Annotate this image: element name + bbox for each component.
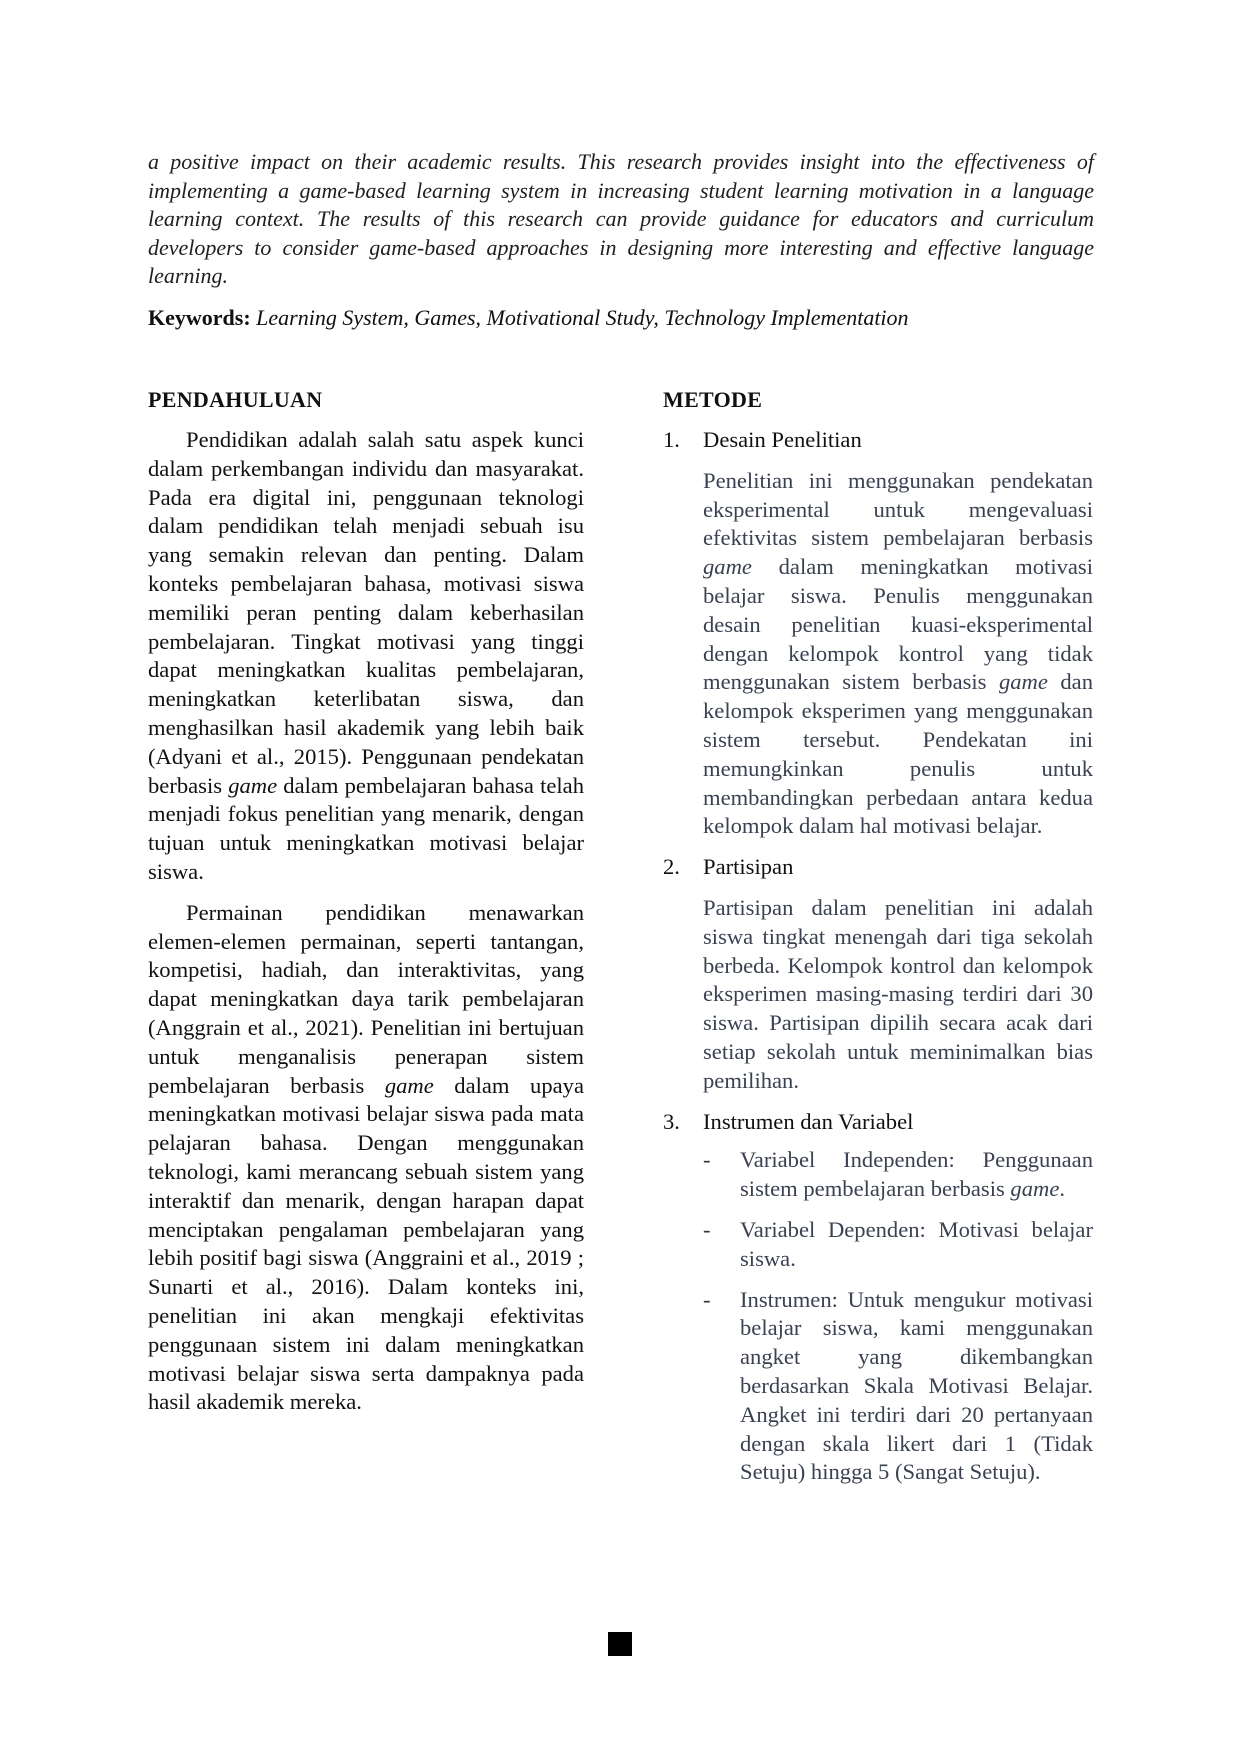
emphasis-term: game	[1010, 1176, 1059, 1201]
keywords-line: Keywords: Learning System, Games, Motiva…	[148, 304, 1108, 332]
keywords-list: Learning System, Games, Motivational Stu…	[251, 305, 909, 330]
bullet-instrumen: - Instrumen: Untuk mengukur motivasi bel…	[703, 1286, 1093, 1488]
section-heading-metode: METODE	[663, 386, 1093, 414]
partisipan-body: Partisipan dalam penelitian ini adalah s…	[703, 894, 1093, 1096]
pendahuluan-paragraph-1: Pendidikan adalah salah satu aspek kunci…	[148, 426, 584, 887]
paragraph-text: Penelitian ini menggunakan pendekatan ek…	[703, 468, 1093, 551]
metode-column: METODE 1. Desain Penelitian Penelitian i…	[663, 386, 1093, 1499]
pendahuluan-paragraph-2: Permainan pendidikan menawarkan elemen-e…	[148, 899, 584, 1417]
pendahuluan-column: PENDAHULUAN Pendidikan adalah salah satu…	[148, 386, 584, 1429]
emphasis-term: game	[228, 773, 277, 798]
bullet-text: Variabel Independen: Penggunaan sistem p…	[740, 1146, 1093, 1204]
paragraph-text: dan kelompok eksperimen yang menggunakan…	[703, 669, 1093, 838]
dash-bullet-icon: -	[703, 1146, 723, 1175]
subsection-desain-penelitian: 1. Desain Penelitian	[663, 426, 1093, 455]
paragraph-text: Permainan pendidikan menawarkan elemen-e…	[148, 900, 584, 1098]
bullet-variabel-independen: - Variabel Independen: Penggunaan sistem…	[703, 1146, 1093, 1204]
bullet-text: Variabel Dependen: Motivasi belajar sisw…	[740, 1216, 1093, 1274]
paper-page: a positive impact on their academic resu…	[0, 0, 1240, 1754]
subsection-title: Partisipan	[703, 853, 1093, 882]
dash-bullet-icon: -	[703, 1216, 723, 1245]
subsection-number: 2.	[663, 853, 693, 882]
desain-penelitian-body: Penelitian ini menggunakan pendekatan ek…	[703, 467, 1093, 841]
bullet-variabel-dependen: - Variabel Dependen: Motivasi belajar si…	[703, 1216, 1093, 1274]
subsection-title: Instrumen dan Variabel	[703, 1108, 1093, 1137]
paragraph-text: dalam upaya meningkatkan motivasi belaja…	[148, 1073, 584, 1415]
subsection-partisipan: 2. Partisipan	[663, 853, 1093, 882]
emphasis-term: game	[703, 554, 752, 579]
dash-bullet-icon: -	[703, 1286, 723, 1315]
emphasis-term: game	[999, 669, 1048, 694]
bullet-text: Instrumen: Untuk mengukur motivasi belaj…	[740, 1286, 1093, 1488]
subsection-number: 3.	[663, 1108, 693, 1137]
subsection-number: 1.	[663, 426, 693, 455]
abstract-text: a positive impact on their academic resu…	[148, 148, 1094, 291]
bullet-text-part: .	[1059, 1176, 1065, 1201]
emphasis-term: game	[385, 1073, 434, 1098]
subsection-title: Desain Penelitian	[703, 426, 1093, 455]
page-marker-square-icon	[608, 1632, 632, 1656]
keywords-label: Keywords:	[148, 305, 251, 330]
subsection-instrumen-variabel: 3. Instrumen dan Variabel	[663, 1108, 1093, 1137]
section-heading-pendahuluan: PENDAHULUAN	[148, 386, 584, 414]
paragraph-text: Pendidikan adalah salah satu aspek kunci…	[148, 427, 584, 798]
